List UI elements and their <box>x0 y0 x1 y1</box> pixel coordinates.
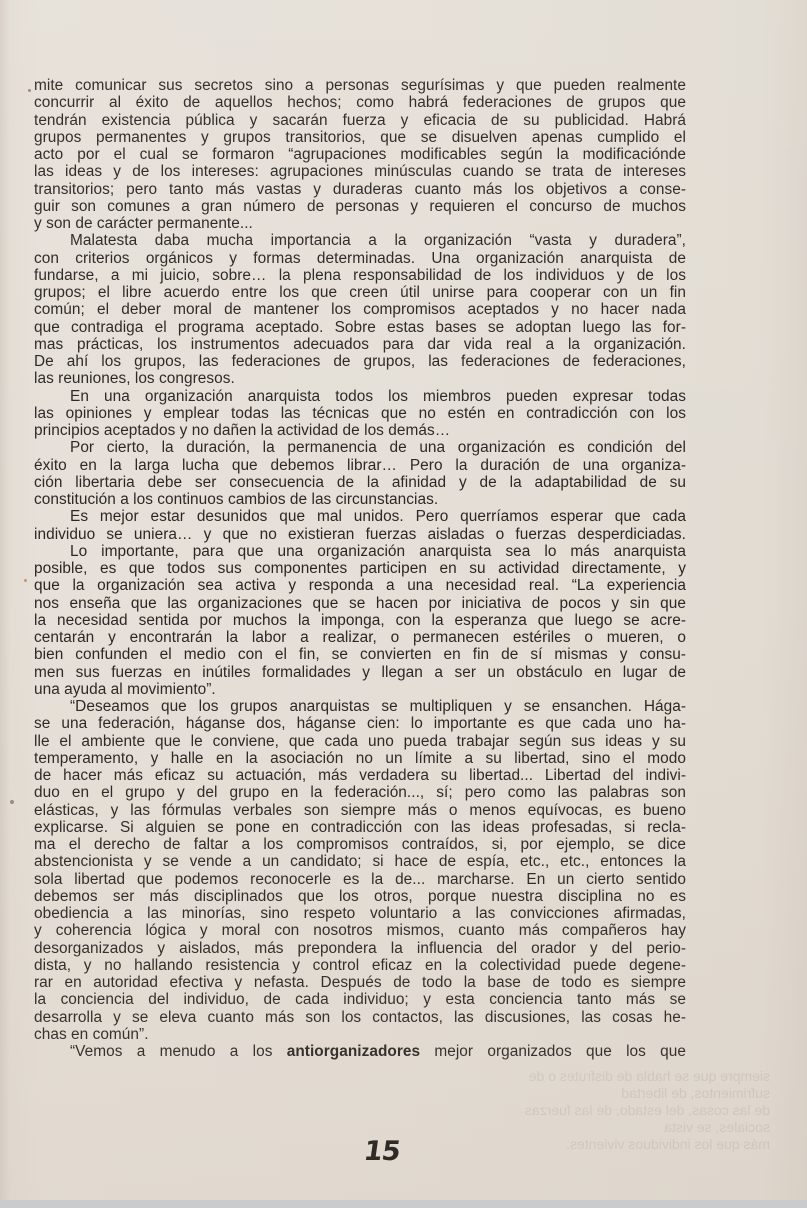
text-line: desorganizados y aislados, más preponder… <box>34 940 686 957</box>
margin-speck <box>24 579 27 582</box>
text-line: mas prácticas, los instrumentos adecuado… <box>34 336 686 353</box>
text-line: principios aceptados y no dañen la activ… <box>34 422 686 439</box>
text-line: de hacer más eficaz su actuación, más ve… <box>34 767 686 784</box>
margin-speck <box>10 800 14 804</box>
text-line: ción libertaria debe ser consecuencia de… <box>34 474 686 491</box>
text-line: que contradiga el programa aceptado. Sob… <box>34 319 686 336</box>
text-line: fundarse, a mi juicio, sobre… la plena r… <box>34 267 686 284</box>
text-line: grupos; el libre acuerdo entre los que c… <box>34 284 686 301</box>
text-line: De ahí los grupos, las federaciones de g… <box>34 353 686 370</box>
text-line: explicarse. Si alguien se pone en contra… <box>34 819 686 836</box>
text-line: Malatesta daba mucha importancia a la or… <box>34 232 686 249</box>
text-line: guir son comunes a gran número de person… <box>34 198 686 215</box>
text-line: grupos permanentes y grupos transitorios… <box>34 129 686 146</box>
text-line: desarrolla y se eleva cuanto más son los… <box>34 1009 686 1026</box>
text-line: transitorios; pero tanto más vastas y du… <box>34 181 686 198</box>
text-line: abstencionista y se vende a un candidato… <box>34 853 686 870</box>
body-text: mite comunicar sus secretos sino a perso… <box>34 77 686 1060</box>
text-line: que la organización sea activa y respond… <box>34 577 686 594</box>
show-through-line: de las cosas, del estado, de las fuerzas… <box>470 1102 770 1136</box>
text-line: posible, es que todos sus componentes pa… <box>34 560 686 577</box>
text-fragment: mejor organizados que los que <box>420 1043 686 1060</box>
show-through-text: siempre que se habla de disfrutes o de s… <box>470 1068 770 1153</box>
text-line: sola libertad que podemos reconocerle es… <box>34 871 686 888</box>
text-line: obediencia a las minorías, sino respeto … <box>34 905 686 922</box>
text-line: la conciencia del individuo, de cada ind… <box>34 991 686 1008</box>
text-line: men sus fuerzas en inútiles formalidades… <box>34 664 686 681</box>
show-through-line: siempre que se habla de disfrutes o de s… <box>470 1068 770 1102</box>
text-line: y son de carácter permanente... <box>34 215 686 232</box>
text-line: ma el derecho de faltar a los compromiso… <box>34 836 686 853</box>
text-line: lle el ambiente que le conviene, que cad… <box>34 733 686 750</box>
text-line: constitución a los continuos cambios de … <box>34 491 686 508</box>
text-line: Es mejor estar desunidos que mal unidos.… <box>34 508 686 525</box>
text-line: duo en el grupo y del grupo en la federa… <box>34 784 686 801</box>
text-line: las opiniones y emplear todas las técnic… <box>34 405 686 422</box>
text-line: concurrir al éxito de aquellos hechos; c… <box>34 94 686 111</box>
text-line: nos enseña que las organizaciones que se… <box>34 595 686 612</box>
text-line: chas en común”. <box>34 1026 686 1043</box>
text-line: una ayuda al movimiento”. <box>34 681 686 698</box>
text-line: “Deseamos que los grupos anarquistas se … <box>34 698 686 715</box>
text-line: con criterios orgánicos y formas determi… <box>34 250 686 267</box>
text-line: Lo importante, para que una organización… <box>34 543 686 560</box>
text-line: común; el deber moral de mantener los co… <box>34 301 686 318</box>
text-line: debemos ser más disciplinados que los ot… <box>34 888 686 905</box>
text-line: “Vemos a menudo a los antiorganizadores … <box>34 1043 686 1060</box>
emphasized-word: antiorganizadores <box>287 1043 420 1060</box>
text-line: acto por el cual se formaron “agrupacion… <box>34 146 686 163</box>
show-through-line: más que los individuos vivientes. <box>470 1136 770 1153</box>
text-line: éxito en la larga lucha que debemos libr… <box>34 457 686 474</box>
text-line: tendrán existencia pública y sacarán fue… <box>34 112 686 129</box>
text-line: elásticas, y las fórmulas verbales son s… <box>34 802 686 819</box>
scan-border <box>0 1200 807 1208</box>
text-line: la necesidad sentida por muchos la impon… <box>34 612 686 629</box>
margin-speck <box>28 89 31 92</box>
text-line: Por cierto, la duración, la permanencia … <box>34 439 686 456</box>
text-line: bien confunden el medio con el fin, se c… <box>34 646 686 663</box>
text-fragment: “Vemos a menudo a los <box>70 1043 287 1060</box>
document-page: siempre que se habla de disfrutes o de s… <box>0 0 807 1200</box>
text-line: y coherencia lógica y moral con nosotros… <box>34 922 686 939</box>
text-line: dista, y no hallando resistencia y contr… <box>34 957 686 974</box>
text-line: se una federación, háganse dos, háganse … <box>34 715 686 732</box>
text-line: mite comunicar sus secretos sino a perso… <box>34 77 686 94</box>
text-line: las reuniones, los congresos. <box>34 370 686 387</box>
text-line: individuo se uniera… y que no existieran… <box>34 526 686 543</box>
page-number: 15 <box>362 1136 402 1167</box>
text-line: temperamento, y halle en la asociación n… <box>34 750 686 767</box>
text-line: centarán y encontrarán la labor a realiz… <box>34 629 686 646</box>
text-line: En una organización anarquista todos los… <box>34 388 686 405</box>
text-line: rar en autoridad efectiva y nefasta. Des… <box>34 974 686 991</box>
text-line: las ideas y de los intereses: agrupacion… <box>34 163 686 180</box>
